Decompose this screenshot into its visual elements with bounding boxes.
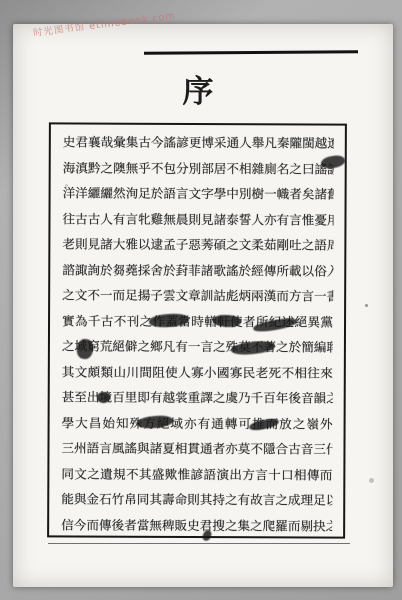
text-line: 信今而傳後者當無稗販史君搜之集之爬羅而剔抉之 bbox=[61, 512, 332, 539]
book-page: 时光图书馆 etimebook.com 序 史君襄哉彙集古今謠諺更博采通人舉凡秦… bbox=[13, 24, 393, 587]
bottom-rule bbox=[48, 543, 350, 544]
text-block: 史君襄哉彙集古今謠諺更博采通人舉凡秦隴閩越遼海滇黔之隩無乎不包分別部居不相雜廁名… bbox=[61, 129, 334, 538]
text-line: 能與金石竹帛同其壽命則其持之有故言之成理足以 bbox=[61, 486, 332, 513]
text-line: 老則見諸大雅以逮孟子惡莠碩之文柔茹剛吐之語周爰 bbox=[62, 231, 333, 258]
text-line: 諮諏詢於芻蕘採舍於葑菲諸歌謠於經傳所載以俗入雅 bbox=[62, 257, 333, 284]
text-line: 之文不一而足揚子雲文章訓詁彪炳兩漢而方言一書 bbox=[62, 282, 333, 309]
text-line: 史君襄哉彙集古今謠諺更博采通人舉凡秦隴閩越遼 bbox=[63, 129, 334, 156]
watermark: 时光图书馆 etimebook.com bbox=[32, 8, 176, 39]
text-frame: 史君襄哉彙集古今謠諺更博采通人舉凡秦隴閩越遼海滇黔之隩無乎不包分別部居不相雜廁名… bbox=[47, 122, 347, 538]
dust-speck bbox=[365, 304, 368, 307]
ink-blot bbox=[97, 392, 110, 403]
text-line: 同文之遺規不其盛歟惟諺語演出方言十口相傳而 bbox=[61, 461, 332, 488]
text-line: 其文頗類山川間阻使人寡小國寡民老死不相往來 bbox=[62, 359, 333, 386]
text-line: 之域窮荒絕僻之鄉凡有一言之殊莫不著之於簡編聆 bbox=[62, 333, 333, 360]
text-line: 三州語言風謠與諸夏相貫通者亦莫不隱合古音三代 bbox=[61, 435, 332, 462]
text-line: 往古古人有言牝雞無晨則見諸泰誓人亦有言惟憂用 bbox=[62, 206, 333, 233]
text-line: 海滇黔之隩無乎不包分別部居不相雜廁名之曰謠諺 bbox=[63, 155, 334, 182]
text-line: 學大昌始知殊方絕域亦有通轉可推而放之嶺外 bbox=[62, 410, 333, 437]
top-rule bbox=[144, 50, 358, 54]
page-title: 序 bbox=[48, 66, 350, 111]
scan-background: 时光图书馆 etimebook.com 序 史君襄哉彙集古今謠諺更博采通人舉凡秦… bbox=[0, 0, 402, 600]
text-line: 洋洋纚纚然洵足於語言文字學中別樹一幟者矣諸舊 bbox=[63, 180, 334, 207]
